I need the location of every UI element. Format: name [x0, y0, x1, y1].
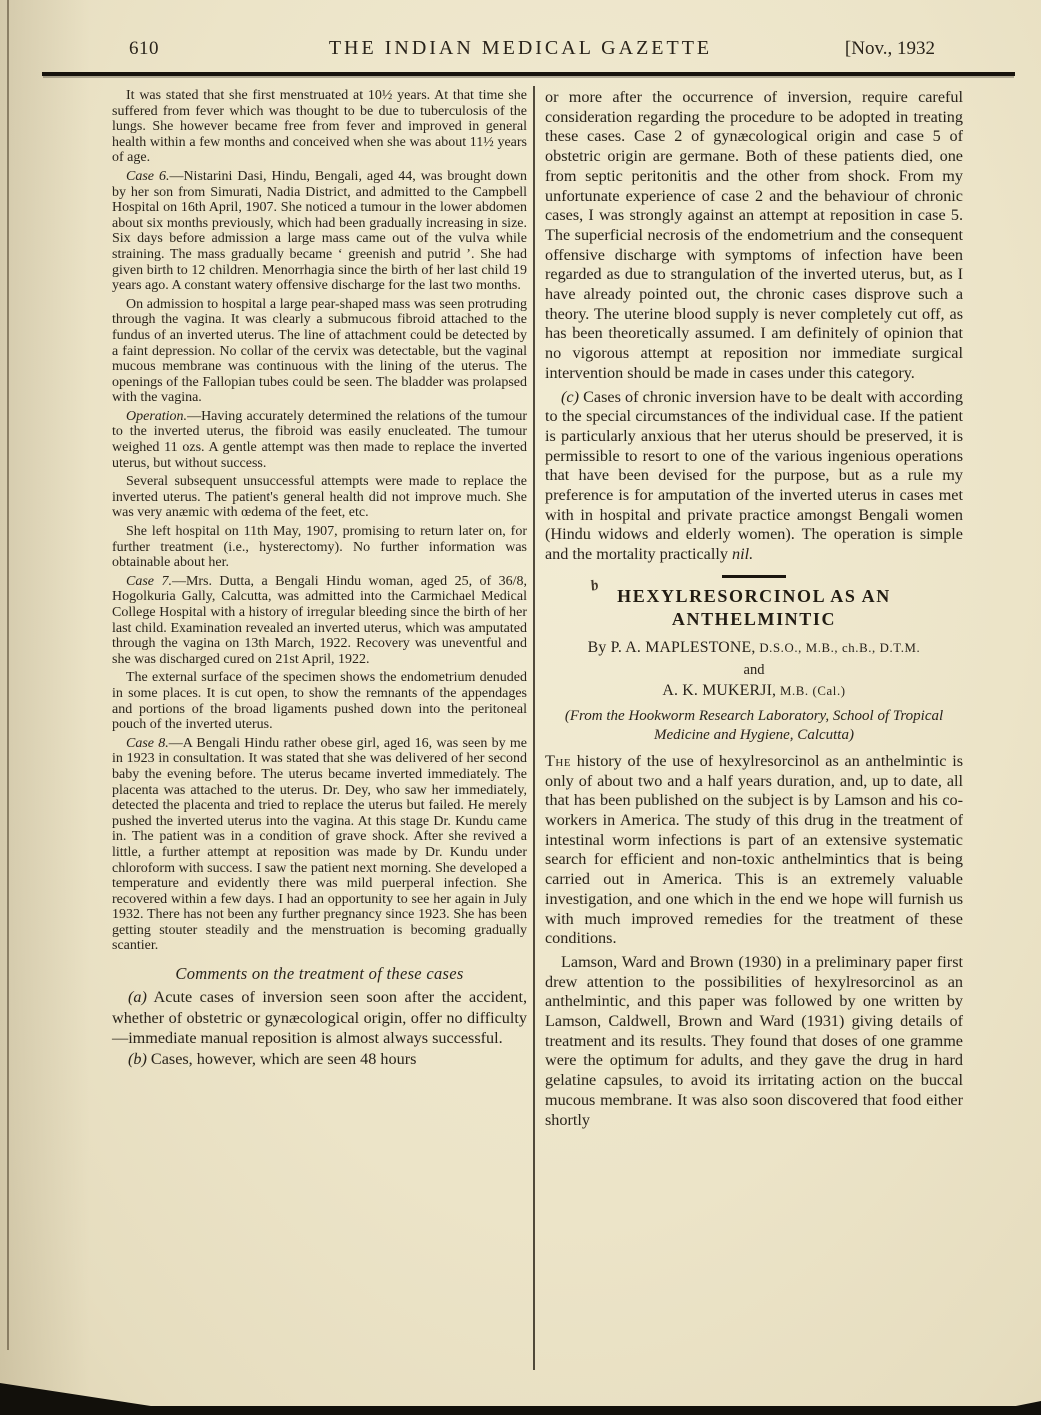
- article-paragraph: The history of the use of hexylresorcino…: [545, 752, 963, 949]
- paragraph: The external surface of the specimen sho…: [112, 670, 527, 732]
- section-divider-rule: [722, 575, 786, 578]
- operation-paragraph: Operation.—Having accurately determined …: [112, 409, 527, 471]
- paragraph-text: —Mrs. Dutta, a Bengali Hindu woman, aged…: [112, 574, 527, 667]
- case-7-paragraph: Case 7.—Mrs. Dutta, a Bengali Hindu woma…: [112, 574, 527, 668]
- right-column: or more after the occurrence of inversio…: [545, 88, 963, 1134]
- article-title-block: b HEXYLRESORCINOL AS AN ANTHELMINTIC: [545, 585, 963, 632]
- operation-label: Operation.: [126, 409, 187, 424]
- scan-bottom-edge: [0, 1406, 1041, 1415]
- author-1-degrees: D.S.O., M.B., ch.B., D.T.M.: [756, 641, 921, 655]
- item-c-label: (c): [561, 388, 579, 406]
- paragraph-text: —Nistarini Dasi, Hindu, Bengali, aged 44…: [112, 169, 527, 293]
- comment-b-paragraph: (b) Cases, however, which are seen 48 ho…: [112, 1049, 527, 1070]
- gutter-shadow: [0, 0, 90, 1415]
- paragraph: or more after the occurrence of inversio…: [545, 88, 963, 384]
- and-label: and: [545, 662, 963, 679]
- author-2-degrees: M.B. (Cal.): [776, 684, 845, 698]
- article-title: HEXYLRESORCINOL AS AN ANTHELMINTIC: [599, 585, 909, 632]
- article-paragraph: Lamson, Ward and Brown (1930) in a preli…: [545, 953, 963, 1130]
- paragraph: She left hospital on 11th May, 1907, pro…: [112, 524, 527, 571]
- paragraph: Several subsequent unsuccessful attempts…: [112, 474, 527, 521]
- item-b-label: (b): [128, 1050, 147, 1068]
- comment-a-paragraph: (a) Acute cases of inversion seen soon a…: [112, 987, 527, 1049]
- paragraph-text: history of the use of hexylresorcinol as…: [545, 752, 963, 947]
- by-label: By: [588, 639, 611, 656]
- case-6-label: Case 6.: [126, 169, 169, 184]
- paragraph: It was stated that she first menstruated…: [112, 88, 527, 166]
- handwritten-ink-mark: b: [589, 577, 600, 595]
- byline-author-1: By P. A. MAPLESTONE, D.S.O., M.B., ch.B.…: [545, 639, 963, 657]
- author-2-name: A. K. MUKERJI,: [662, 682, 776, 699]
- item-a-label: (a): [128, 988, 147, 1006]
- case-8-paragraph: Case 8.—A Bengali Hindu rather obese gir…: [112, 736, 527, 954]
- page-body: It was stated that she first menstruated…: [112, 88, 963, 1134]
- left-column: It was stated that she first menstruated…: [112, 88, 527, 1134]
- page-header: 610 THE INDIAN MEDICAL GAZETTE [Nov., 19…: [0, 37, 1041, 63]
- author-1-name: P. A. MAPLESTONE,: [611, 639, 756, 656]
- smallcaps-lead: The: [545, 752, 571, 770]
- comments-heading: Comments on the treatment of these cases: [112, 964, 527, 984]
- byline-author-2: A. K. MUKERJI, M.B. (Cal.): [545, 682, 963, 700]
- journal-page: 610 THE INDIAN MEDICAL GAZETTE [Nov., 19…: [0, 0, 1041, 1415]
- issue-date: [Nov., 1932: [845, 38, 935, 60]
- comment-c-paragraph: (c) Cases of chronic inversion have to b…: [545, 388, 963, 565]
- paragraph-text: Acute cases of inversion seen soon after…: [112, 988, 527, 1047]
- paragraph-text: Cases, however, which are seen 48 hours: [147, 1050, 417, 1068]
- paragraph: On admission to hospital a large pear-sh…: [112, 297, 527, 406]
- case-7-label: Case 7.: [126, 574, 172, 589]
- case-6-paragraph: Case 6.—Nistarini Dasi, Hindu, Bengali, …: [112, 169, 527, 294]
- emphasis-text: nil.: [732, 545, 753, 563]
- affiliation-note: (From the Hookworm Research Laboratory, …: [553, 707, 955, 745]
- paragraph-text: Cases of chronic inversion have to be de…: [545, 388, 963, 564]
- page-spine-edge: [7, 0, 9, 1350]
- header-rule: [42, 72, 1015, 76]
- case-8-label: Case 8.: [126, 736, 169, 751]
- paragraph-text: —A Bengali Hindu rather obese girl, aged…: [112, 736, 527, 954]
